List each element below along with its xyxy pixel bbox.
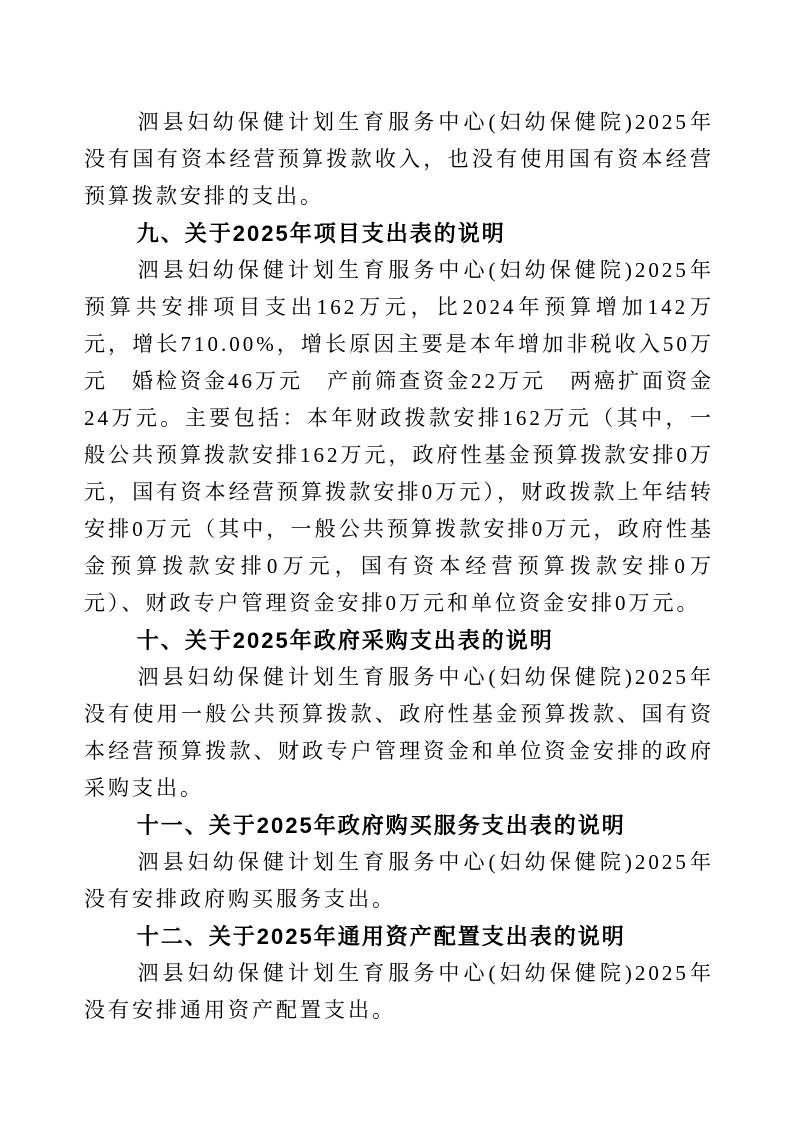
heading-section-12-general-asset-allocation: 十二、关于2025年通用资产配置支出表的说明 — [84, 918, 714, 955]
heading-section-10-government-procurement: 十、关于2025年政府采购支出表的说明 — [84, 622, 714, 659]
document-page: 泗县妇幼保健计划生育服务中心(妇幼保健院)2025年没有国有资本经营预算拨款收入… — [0, 0, 793, 1122]
paragraph-state-capital-budget-note: 泗县妇幼保健计划生育服务中心(妇幼保健院)2025年没有国有资本经营预算拨款收入… — [84, 104, 714, 215]
heading-section-11-purchased-services: 十一、关于2025年政府购买服务支出表的说明 — [84, 807, 714, 844]
document-text-block: 泗县妇幼保健计划生育服务中心(妇幼保健院)2025年没有国有资本经营预算拨款收入… — [84, 104, 714, 1029]
paragraph-project-expenditure-detail: 泗县妇幼保健计划生育服务中心(妇幼保健院)2025年预算共安排项目支出162万元… — [84, 252, 714, 622]
paragraph-government-procurement-note: 泗县妇幼保健计划生育服务中心(妇幼保健院)2025年没有使用一般公共预算拨款、政… — [84, 659, 714, 807]
paragraph-general-asset-allocation-note: 泗县妇幼保健计划生育服务中心(妇幼保健院)2025年没有安排通用资产配置支出。 — [84, 955, 714, 1029]
paragraph-purchased-services-note: 泗县妇幼保健计划生育服务中心(妇幼保健院)2025年没有安排政府购买服务支出。 — [84, 844, 714, 918]
heading-section-9-project-expenditure: 九、关于2025年项目支出表的说明 — [84, 215, 714, 252]
